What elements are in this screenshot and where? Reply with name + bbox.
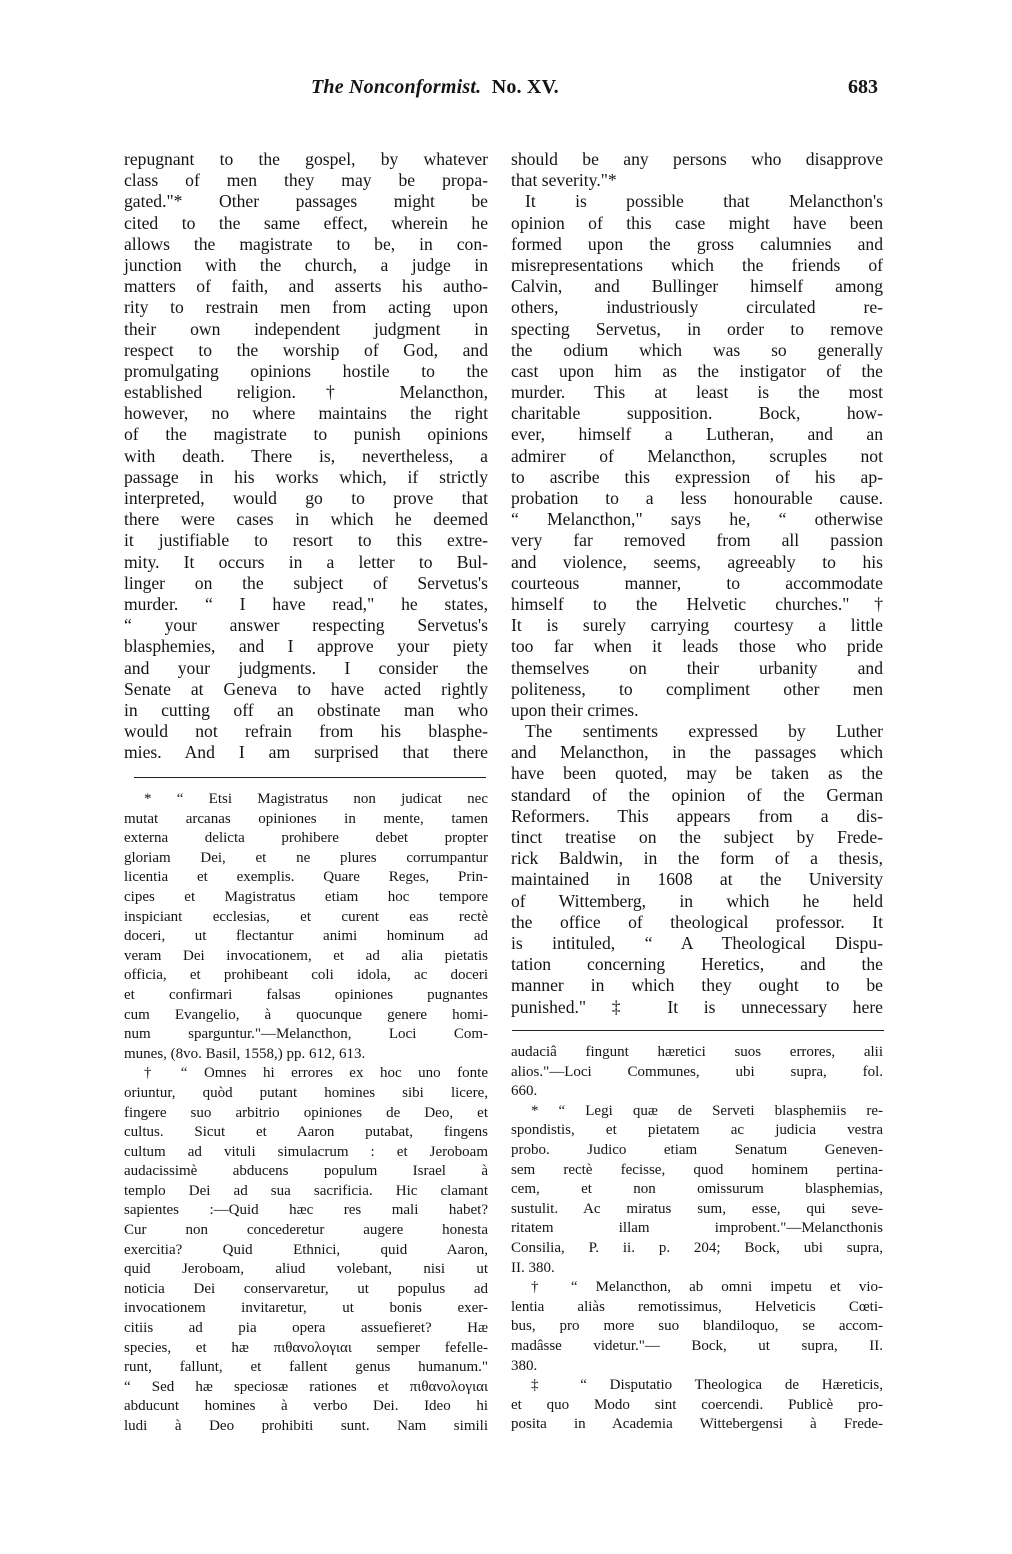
text-line: and Melancthon, in the passages which bbox=[511, 742, 883, 763]
footnote-line: madâsse videtur."— Bock, ut supra, II. bbox=[511, 1337, 883, 1357]
text-line: ever, himself a Lutheran, and an bbox=[511, 424, 883, 445]
text-line: standard of the opinion of the German bbox=[511, 785, 883, 806]
footnote-line: sapientes :—Quid hæc res mali habet? bbox=[124, 1201, 488, 1221]
text-line: admirer of Melancthon, scruples not bbox=[511, 446, 883, 467]
right-column-body: should be any persons who disapprove tha… bbox=[511, 149, 883, 1018]
footnote-line: II. 380. bbox=[511, 1259, 883, 1279]
footnote-line: inspiciant ecclesias, et curent eas rect… bbox=[124, 908, 488, 928]
footnote-line: mutat arcanas opiniones in mente, tamen bbox=[124, 810, 488, 830]
text-line: tation concerning Heretics, and the bbox=[511, 954, 883, 975]
text-line: mity. It occurs in a letter to Bul- bbox=[124, 552, 488, 573]
right-column-footnotes: audaciâ fingunt hæretici suos errores, a… bbox=[511, 1043, 883, 1435]
footnote-line: probo. Judico etiam Senatum Geneven- bbox=[511, 1141, 883, 1161]
footnote-line: spondistis, et pietatem ac judicia vestr… bbox=[511, 1121, 883, 1141]
footnote-line: cipes et Magistratus etiam hoc tempore bbox=[124, 888, 488, 908]
text-line: their own independent judgment in bbox=[124, 319, 488, 340]
text-line: maintained in 1608 at the University bbox=[511, 869, 883, 890]
text-line: Calvin, and Bullinger himself among bbox=[511, 276, 883, 297]
page-number: 683 bbox=[848, 76, 878, 99]
text-line: too far when it leads those who pride bbox=[511, 636, 883, 657]
footnote-line: et quo Modo sint coercendi. Publicè pro- bbox=[511, 1396, 883, 1416]
text-line: It is possible that Melancthon's bbox=[511, 191, 883, 212]
footnote-line: exercitia? Quid Ethnici, quid Aaron, bbox=[124, 1241, 488, 1261]
text-line: junction with the church, a judge in bbox=[124, 255, 488, 276]
text-line: cited to the same effect, wherein he bbox=[124, 213, 488, 234]
text-line: established religion.† Melancthon, bbox=[124, 382, 488, 403]
text-line: The sentiments expressed by Luther bbox=[511, 721, 883, 742]
footnote-line: runt, fallunt, et fallent genus humanum.… bbox=[124, 1358, 488, 1378]
footnote-divider-left bbox=[134, 777, 486, 778]
text-line: allows the magistrate to be, in con- bbox=[124, 234, 488, 255]
footnote-line: 380. bbox=[511, 1357, 883, 1377]
left-column-body: repugnant to the gospel, by whatever cla… bbox=[124, 149, 488, 763]
footnote-line: citiis ad pia opera assuefieret? Hæ bbox=[124, 1319, 488, 1339]
footnote-line: licentia et exemplis. Quare Reges, Prin- bbox=[124, 868, 488, 888]
footnote-line: species, et hæ πιθανολογιαι semper fefel… bbox=[124, 1339, 488, 1359]
text-line: others, industriously circulated re- bbox=[511, 297, 883, 318]
footnote-line: officia, et prohibeant coli idola, ac do… bbox=[124, 966, 488, 986]
footnote-line: fingere suo arbitrio opiniones de Deo, e… bbox=[124, 1104, 488, 1124]
text-line: the odium which was so generally bbox=[511, 340, 883, 361]
footnote-line: ludi à Deo prohibiti sunt. Nam simili bbox=[124, 1417, 488, 1437]
footnote-line: audacissimè abducens populum Israel à bbox=[124, 1162, 488, 1182]
text-line: have been quoted, may be taken as the bbox=[511, 763, 883, 784]
footnote-line: Consilia, P. ii. p. 204; Bock, ubi supra… bbox=[511, 1239, 883, 1259]
footnote-line: noticia Dei conservaretur, ut populus ad bbox=[124, 1280, 488, 1300]
text-line: blasphemies, and I approve your piety bbox=[124, 636, 488, 657]
text-line: however, no where maintains the right bbox=[124, 403, 488, 424]
footnote-line: doceri, ut flectantur animi hominum ad bbox=[124, 927, 488, 947]
text-line: Senate at Geneva to have acted rightly bbox=[124, 679, 488, 700]
footnote-line: ‡ “ Disputatio Theologica de Hæreticis, bbox=[511, 1376, 883, 1396]
footnote-line: abducunt homines à verbo Dei. Ideo hi bbox=[124, 1397, 488, 1417]
footnote-line: bus, pro more suo blandiloquo, se accom- bbox=[511, 1317, 883, 1337]
footnote-line: oriuntur, quòd putant homines sibi licer… bbox=[124, 1084, 488, 1104]
footnote-line: ritatem illam improbent."—Melancthonis bbox=[511, 1219, 883, 1239]
text-line: with death. There is, nevertheless, a bbox=[124, 446, 488, 467]
text-line: rity to restrain men from acting upon bbox=[124, 297, 488, 318]
footnote-line: Cur non concederetur augere honesta bbox=[124, 1221, 488, 1241]
footnote-line: cultum ad vituli simulacrum : et Jeroboa… bbox=[124, 1143, 488, 1163]
footnote-line: alios."—Loci Communes, ubi supra, fol. bbox=[511, 1063, 883, 1083]
text-line: probation to a less honourable cause. bbox=[511, 488, 883, 509]
text-line: tinct treatise on the subject by Frede- bbox=[511, 827, 883, 848]
text-line: mies. And I am surprised that there bbox=[124, 742, 488, 763]
text-line: manner in which they ought to be bbox=[511, 975, 883, 996]
text-line: in cutting off an obstinate man who bbox=[124, 700, 488, 721]
running-title: The Nonconformist. No. XV. bbox=[311, 76, 559, 99]
footnote-line: munes, (8vo. Basil, 1558,) pp. 612, 613. bbox=[124, 1045, 488, 1065]
footnote-line: † “ Melancthon, ab omni impetu et vio- bbox=[511, 1278, 883, 1298]
text-line: respect to the worship of God, and bbox=[124, 340, 488, 361]
text-line: and your judgments. I consider the bbox=[124, 658, 488, 679]
text-line: courteous manner, to accommodate bbox=[511, 573, 883, 594]
text-line: gated."* Other passages might be bbox=[124, 191, 488, 212]
text-line: of the magistrate to punish opinions bbox=[124, 424, 488, 445]
text-line: cast upon him as the instigator of the bbox=[511, 361, 883, 382]
footnote-line: * “ Etsi Magistratus non judicat nec bbox=[124, 790, 488, 810]
footnote-line: “ Sed hæ speciosæ rationes et πιθανολογι… bbox=[124, 1378, 488, 1398]
issue-number: No. XV. bbox=[492, 76, 559, 98]
text-line: upon their crimes. bbox=[511, 700, 883, 721]
text-line: that severity."* bbox=[511, 170, 883, 191]
text-line: “ Melancthon," says he, “ otherwise bbox=[511, 509, 883, 530]
text-line: passage in his works which, if strictly bbox=[124, 467, 488, 488]
footnote-line: audaciâ fingunt hæretici suos errores, a… bbox=[511, 1043, 883, 1063]
footnote-line: invocationem invitaretur, ut bonis exer- bbox=[124, 1299, 488, 1319]
text-line: Reformers. This appears from a dis- bbox=[511, 806, 883, 827]
footnote-line: * “ Legi quæ de Serveti blasphemiis re- bbox=[511, 1102, 883, 1122]
footnote-line: † “ Omnes hi errores ex hoc uno fonte bbox=[124, 1064, 488, 1084]
footnote-line: veram Dei invocationem, et ad alia pieta… bbox=[124, 947, 488, 967]
text-line: It is surely carrying courtesy a little bbox=[511, 615, 883, 636]
text-line: there were cases in which he deemed bbox=[124, 509, 488, 530]
footnote-line: gloriam Dei, et ne plures corrumpantur bbox=[124, 849, 488, 869]
text-line: the office of theological professor. It bbox=[511, 912, 883, 933]
text-line: interpreted, would go to prove that bbox=[124, 488, 488, 509]
text-line: class of men they may be propa- bbox=[124, 170, 488, 191]
footnote-line: quid Jeroboam, aliud volebant, nisi ut bbox=[124, 1260, 488, 1280]
text-line: murder. This at least is the most bbox=[511, 382, 883, 403]
text-line: is intituled, “ A Theological Dispu- bbox=[511, 933, 883, 954]
text-line: politeness, to compliment other men bbox=[511, 679, 883, 700]
text-line: himself to the Helvetic churches."† bbox=[511, 594, 883, 615]
text-line: and violence, seems, agreeably to his bbox=[511, 552, 883, 573]
footnote-line: posita in Academia Wittebergensi à Frede… bbox=[511, 1415, 883, 1435]
footnote-line: templo Dei ad sua sacrificia. Hic claman… bbox=[124, 1182, 488, 1202]
text-line: of Wittemberg, in which he held bbox=[511, 891, 883, 912]
text-line: linger on the subject of Servetus's bbox=[124, 573, 488, 594]
footnote-line: sem rectè fecisse, quod hominem pertina- bbox=[511, 1161, 883, 1181]
footnote-line: 660. bbox=[511, 1082, 883, 1102]
footnote-line: num sparguntur."—Melancthon, Loci Com- bbox=[124, 1025, 488, 1045]
text-line: repugnant to the gospel, by whatever bbox=[124, 149, 488, 170]
text-line: themselves on their urbanity and bbox=[511, 658, 883, 679]
text-line: it justifiable to resort to this extre- bbox=[124, 530, 488, 551]
text-line: opinion of this case might have been bbox=[511, 213, 883, 234]
journal-title: The Nonconformist. bbox=[311, 76, 481, 98]
text-line: matters of faith, and asserts his autho- bbox=[124, 276, 488, 297]
footnote-line: cultus. Sicut et Aaron putabat, fingens bbox=[124, 1123, 488, 1143]
footnote-divider-right bbox=[512, 1030, 884, 1031]
footnote-line: externa delicta prohibere debet propter bbox=[124, 829, 488, 849]
footnote-line: et confirmari falsas opiniones pugnantes bbox=[124, 986, 488, 1006]
text-line: misrepresentations which the friends of bbox=[511, 255, 883, 276]
text-line: murder. “ I have read," he states, bbox=[124, 594, 488, 615]
text-line: “ your answer respecting Servetus's bbox=[124, 615, 488, 636]
text-line: should be any persons who disapprove bbox=[511, 149, 883, 170]
footnote-line: cum Evangelio, à quocunque genere homi- bbox=[124, 1006, 488, 1026]
footnote-line: cem, et non omissurum blasphemias, bbox=[511, 1180, 883, 1200]
text-line: to ascribe this expression of his ap- bbox=[511, 467, 883, 488]
running-header: The Nonconformist. No. XV. 683 bbox=[0, 76, 1012, 102]
footnote-line: sustulit. Ac miratus sum, esse, qui seve… bbox=[511, 1200, 883, 1220]
text-line: punished." ‡ It is unnecessary here bbox=[511, 997, 883, 1018]
text-line: charitable supposition. Bock, how- bbox=[511, 403, 883, 424]
footnote-line: lentia aliàs remotissimus, Helveticis Cœ… bbox=[511, 1298, 883, 1318]
text-line: formed upon the gross calumnies and bbox=[511, 234, 883, 255]
left-column-footnotes: * “ Etsi Magistratus non judicat nec mut… bbox=[124, 790, 488, 1437]
text-line: promulgating opinions hostile to the bbox=[124, 361, 488, 382]
text-line: very far removed from all passion bbox=[511, 530, 883, 551]
text-line: rick Baldwin, in the form of a thesis, bbox=[511, 848, 883, 869]
text-line: would not refrain from his blasphe- bbox=[124, 721, 488, 742]
text-line: specting Servetus, in order to remove bbox=[511, 319, 883, 340]
